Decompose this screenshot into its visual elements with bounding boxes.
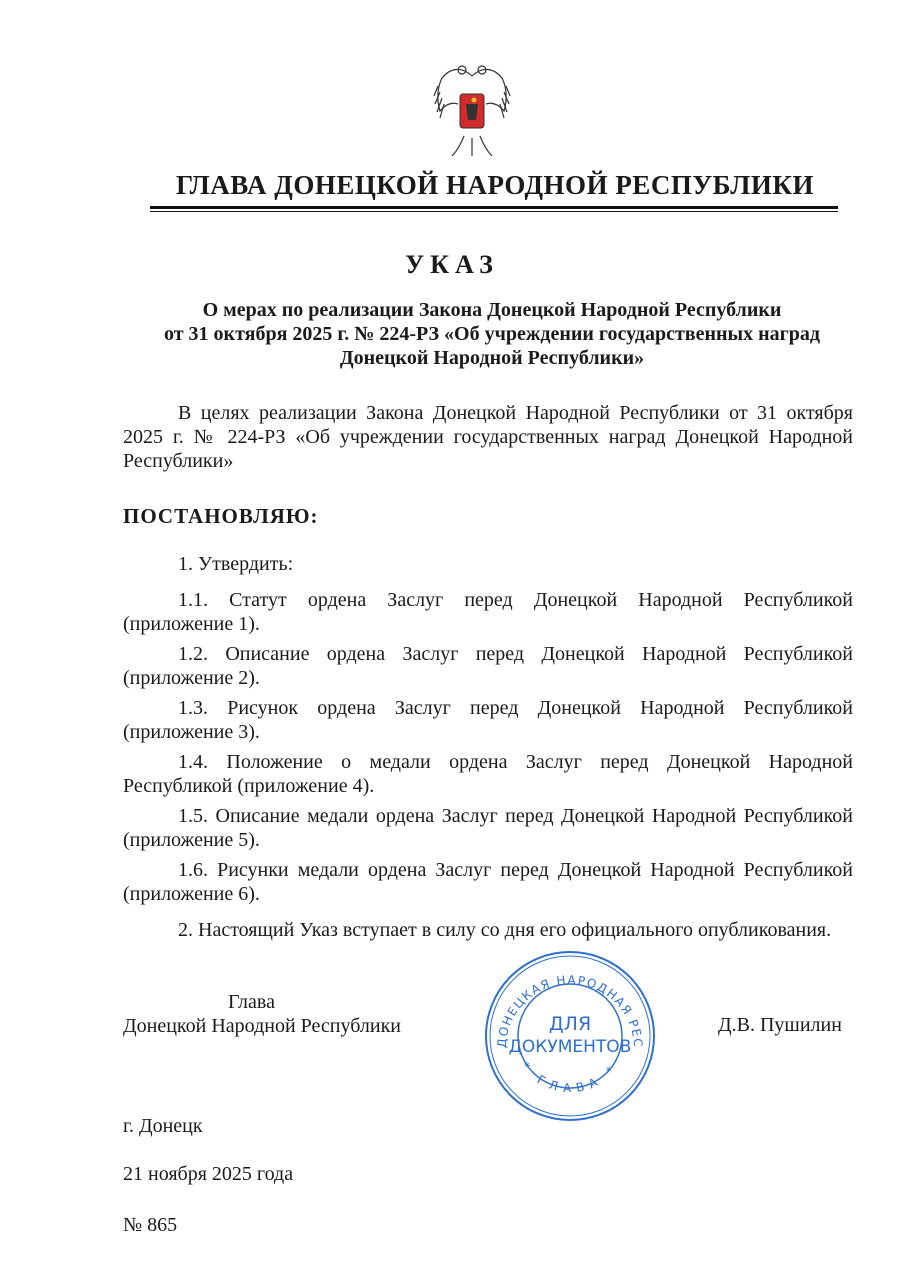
subject-line-3: Донецкой Народной Республики»: [120, 346, 864, 370]
official-stamp: ДОНЕЦКАЯ НАРОДНАЯ РЕСПУБЛИКА * ГЛАВА * Д…: [482, 948, 658, 1124]
item-1-1: 1.1. Статут ордена Заслуг перед Донецкой…: [123, 588, 853, 636]
dpr-coat-of-arms-icon: [432, 56, 512, 166]
subject-line-1: О мерах по реализации Закона Донецкой На…: [120, 298, 864, 322]
svg-text:ДОКУМЕНТОВ: ДОКУМЕНТОВ: [509, 1037, 632, 1057]
decree-subject: О мерах по реализации Закона Донецкой На…: [120, 298, 864, 370]
resolve-heading: ПОСТАНОВЛЯЮ:: [123, 504, 319, 529]
svg-text:* ГЛАВА *: * ГЛАВА *: [518, 1059, 621, 1095]
subject-line-2: от 31 октября 2025 г. № 224-РЗ «Об учреж…: [120, 322, 864, 346]
round-seal-icon: ДОНЕЦКАЯ НАРОДНАЯ РЕСПУБЛИКА * ГЛАВА * Д…: [482, 948, 658, 1124]
item-1-5: 1.5. Описание медали ордена Заслуг перед…: [123, 804, 853, 852]
header-rule-thin: [150, 211, 838, 212]
svg-text:ДЛЯ: ДЛЯ: [549, 1013, 591, 1035]
header-rule-thick: [150, 206, 838, 209]
item-2: 2. Настоящий Указ вступает в силу со дня…: [123, 918, 853, 942]
doc-type-title: УКАЗ: [0, 250, 904, 280]
org-title: ГЛАВА ДОНЕЦКОЙ НАРОДНОЙ РЕСПУБЛИКИ: [150, 170, 840, 201]
item-1-3: 1.3. Рисунок ордена Заслуг перед Донецко…: [123, 696, 853, 744]
place-of-signing: г. Донецк: [123, 1115, 203, 1138]
decree-items: 1. Утвердить: 1.1. Статут ордена Заслуг …: [123, 552, 853, 948]
signatory-name: Д.В. Пушилин: [718, 1014, 842, 1037]
item-1-2: 1.2. Описание ордена Заслуг перед Донецк…: [123, 642, 853, 690]
position-line-2: Донецкой Народной Республики: [123, 1014, 401, 1038]
item-1-6: 1.6. Рисунки медали ордена Заслуг перед …: [123, 858, 853, 906]
preamble: В целях реализации Закона Донецкой Народ…: [123, 401, 853, 473]
coat-of-arms-emblem: [432, 56, 512, 166]
decree-date: 21 ноября 2025 года: [123, 1163, 293, 1186]
position-line-1: Глава: [123, 990, 401, 1014]
signatory-position: Глава Донецкой Народной Республики: [123, 990, 401, 1038]
decree-number: № 865: [123, 1214, 177, 1237]
item-1: 1. Утвердить:: [123, 552, 853, 576]
item-1-4: 1.4. Положение о медали ордена Заслуг пе…: [123, 750, 853, 798]
